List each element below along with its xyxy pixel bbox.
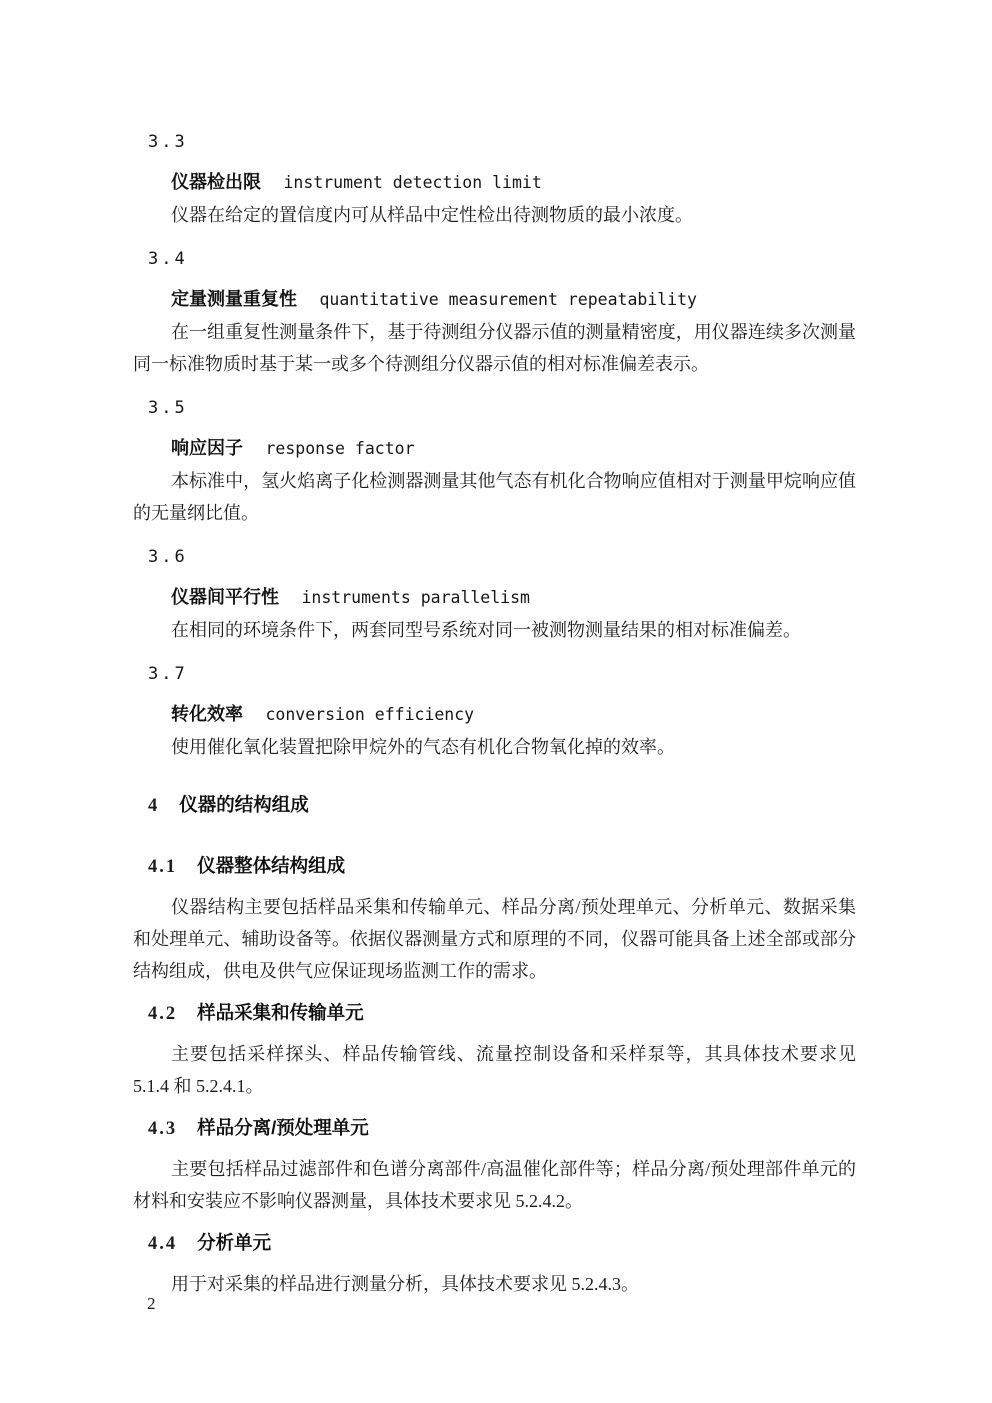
term-section-3-4: 3.4 定量测量重复性 quantitative measurement rep…	[133, 243, 856, 380]
term-definition: 仪器在给定的置信度内可从样品中定性检出待测物质的最小浓度。	[133, 199, 856, 231]
term-english: response factor	[266, 439, 415, 458]
term-definition: 在一组重复性测量条件下，基于待测组分仪器示值的测量精密度，用仪器连续多次测量同一…	[133, 316, 856, 380]
term-chinese: 仪器间平行性	[171, 587, 279, 607]
subsection-heading: 4.1仪器整体结构组成	[148, 850, 856, 883]
subsection-title: 样品采集和传输单元	[197, 1002, 364, 1023]
subsection-number: 4.1	[148, 857, 177, 877]
subsection-4-1: 4.1仪器整体结构组成 仪器结构主要包括样品采集和传输单元、样品分离/预处理单元…	[133, 850, 856, 987]
term-line: 响应因子 response factor	[171, 432, 856, 465]
subsection-4-3: 4.3样品分离/预处理单元 主要包括样品过滤部件和色谱分离部件/高温催化部件等；…	[133, 1112, 856, 1217]
subsection-body: 仪器结构主要包括样品采集和传输单元、样品分离/预处理单元、分析单元、数据采集和处…	[133, 891, 856, 987]
term-chinese: 定量测量重复性	[171, 289, 297, 309]
subsection-title: 分析单元	[197, 1232, 271, 1253]
term-english: instruments parallelism	[302, 588, 530, 607]
term-definition: 本标准中，氢火焰离子化检测器测量其他气态有机化合物响应值相对于测量甲烷响应值的无…	[133, 465, 856, 529]
subsection-number: 4.4	[148, 1234, 177, 1254]
term-english: quantitative measurement repeatability	[320, 290, 698, 309]
subsection-heading: 4.3样品分离/预处理单元	[148, 1112, 856, 1145]
clause-number: 3.6	[148, 541, 856, 573]
subsection-heading: 4.2样品采集和传输单元	[148, 997, 856, 1030]
subsection-4-2: 4.2样品采集和传输单元 主要包括采样探头、样品传输管线、流量控制设备和采样泵等…	[133, 997, 856, 1102]
page-content: 3.3 仪器检出限 instrument detection limit 仪器在…	[133, 0, 856, 1300]
clause-number: 3.7	[148, 658, 856, 690]
term-chinese: 响应因子	[171, 438, 243, 458]
term-chinese: 转化效率	[171, 704, 243, 724]
term-line: 仪器检出限 instrument detection limit	[171, 166, 856, 199]
term-line: 仪器间平行性 instruments parallelism	[171, 581, 856, 614]
term-section-3-3: 3.3 仪器检出限 instrument detection limit 仪器在…	[133, 126, 856, 231]
chapter-heading: 4仪器的结构组成	[148, 789, 856, 822]
subsection-number: 4.3	[148, 1119, 177, 1139]
subsection-heading: 4.4分析单元	[148, 1227, 856, 1260]
term-english: conversion efficiency	[266, 705, 475, 724]
term-section-3-5: 3.5 响应因子 response factor 本标准中，氢火焰离子化检测器测…	[133, 392, 856, 529]
subsection-body: 用于对采集的样品进行测量分析，具体技术要求见 5.2.4.3。	[133, 1268, 856, 1300]
term-definition: 在相同的环境条件下，两套同型号系统对同一被测物测量结果的相对标准偏差。	[133, 614, 856, 646]
subsection-title: 仪器整体结构组成	[197, 855, 345, 876]
term-line: 转化效率 conversion efficiency	[171, 698, 856, 731]
subsection-title: 样品分离/预处理单元	[197, 1117, 369, 1138]
term-english: instrument detection limit	[284, 173, 542, 192]
document-page: 3.3 仪器检出限 instrument detection limit 仪器在…	[0, 0, 992, 1403]
chapter-title: 仪器的结构组成	[179, 794, 309, 815]
clause-number: 3.3	[148, 126, 856, 158]
clause-number: 3.4	[148, 243, 856, 275]
clause-number: 3.5	[148, 392, 856, 424]
page-number: 2	[147, 1294, 156, 1314]
chapter-4: 4仪器的结构组成 4.1仪器整体结构组成 仪器结构主要包括样品采集和传输单元、样…	[133, 789, 856, 1300]
term-section-3-6: 3.6 仪器间平行性 instruments parallelism 在相同的环…	[133, 541, 856, 646]
subsection-body: 主要包括样品过滤部件和色谱分离部件/高温催化部件等；样品分离/预处理部件单元的材…	[133, 1153, 856, 1217]
term-definition: 使用催化氧化装置把除甲烷外的气态有机化合物氧化掉的效率。	[133, 731, 856, 763]
term-chinese: 仪器检出限	[171, 172, 261, 192]
term-line: 定量测量重复性 quantitative measurement repeata…	[171, 283, 856, 316]
term-section-3-7: 3.7 转化效率 conversion efficiency 使用催化氧化装置把…	[133, 658, 856, 763]
subsection-number: 4.2	[148, 1004, 177, 1024]
subsection-4-4: 4.4分析单元 用于对采集的样品进行测量分析，具体技术要求见 5.2.4.3。	[133, 1227, 856, 1300]
chapter-number: 4	[148, 796, 159, 816]
subsection-body: 主要包括采样探头、样品传输管线、流量控制设备和采样泵等，其具体技术要求见 5.1…	[133, 1038, 856, 1102]
